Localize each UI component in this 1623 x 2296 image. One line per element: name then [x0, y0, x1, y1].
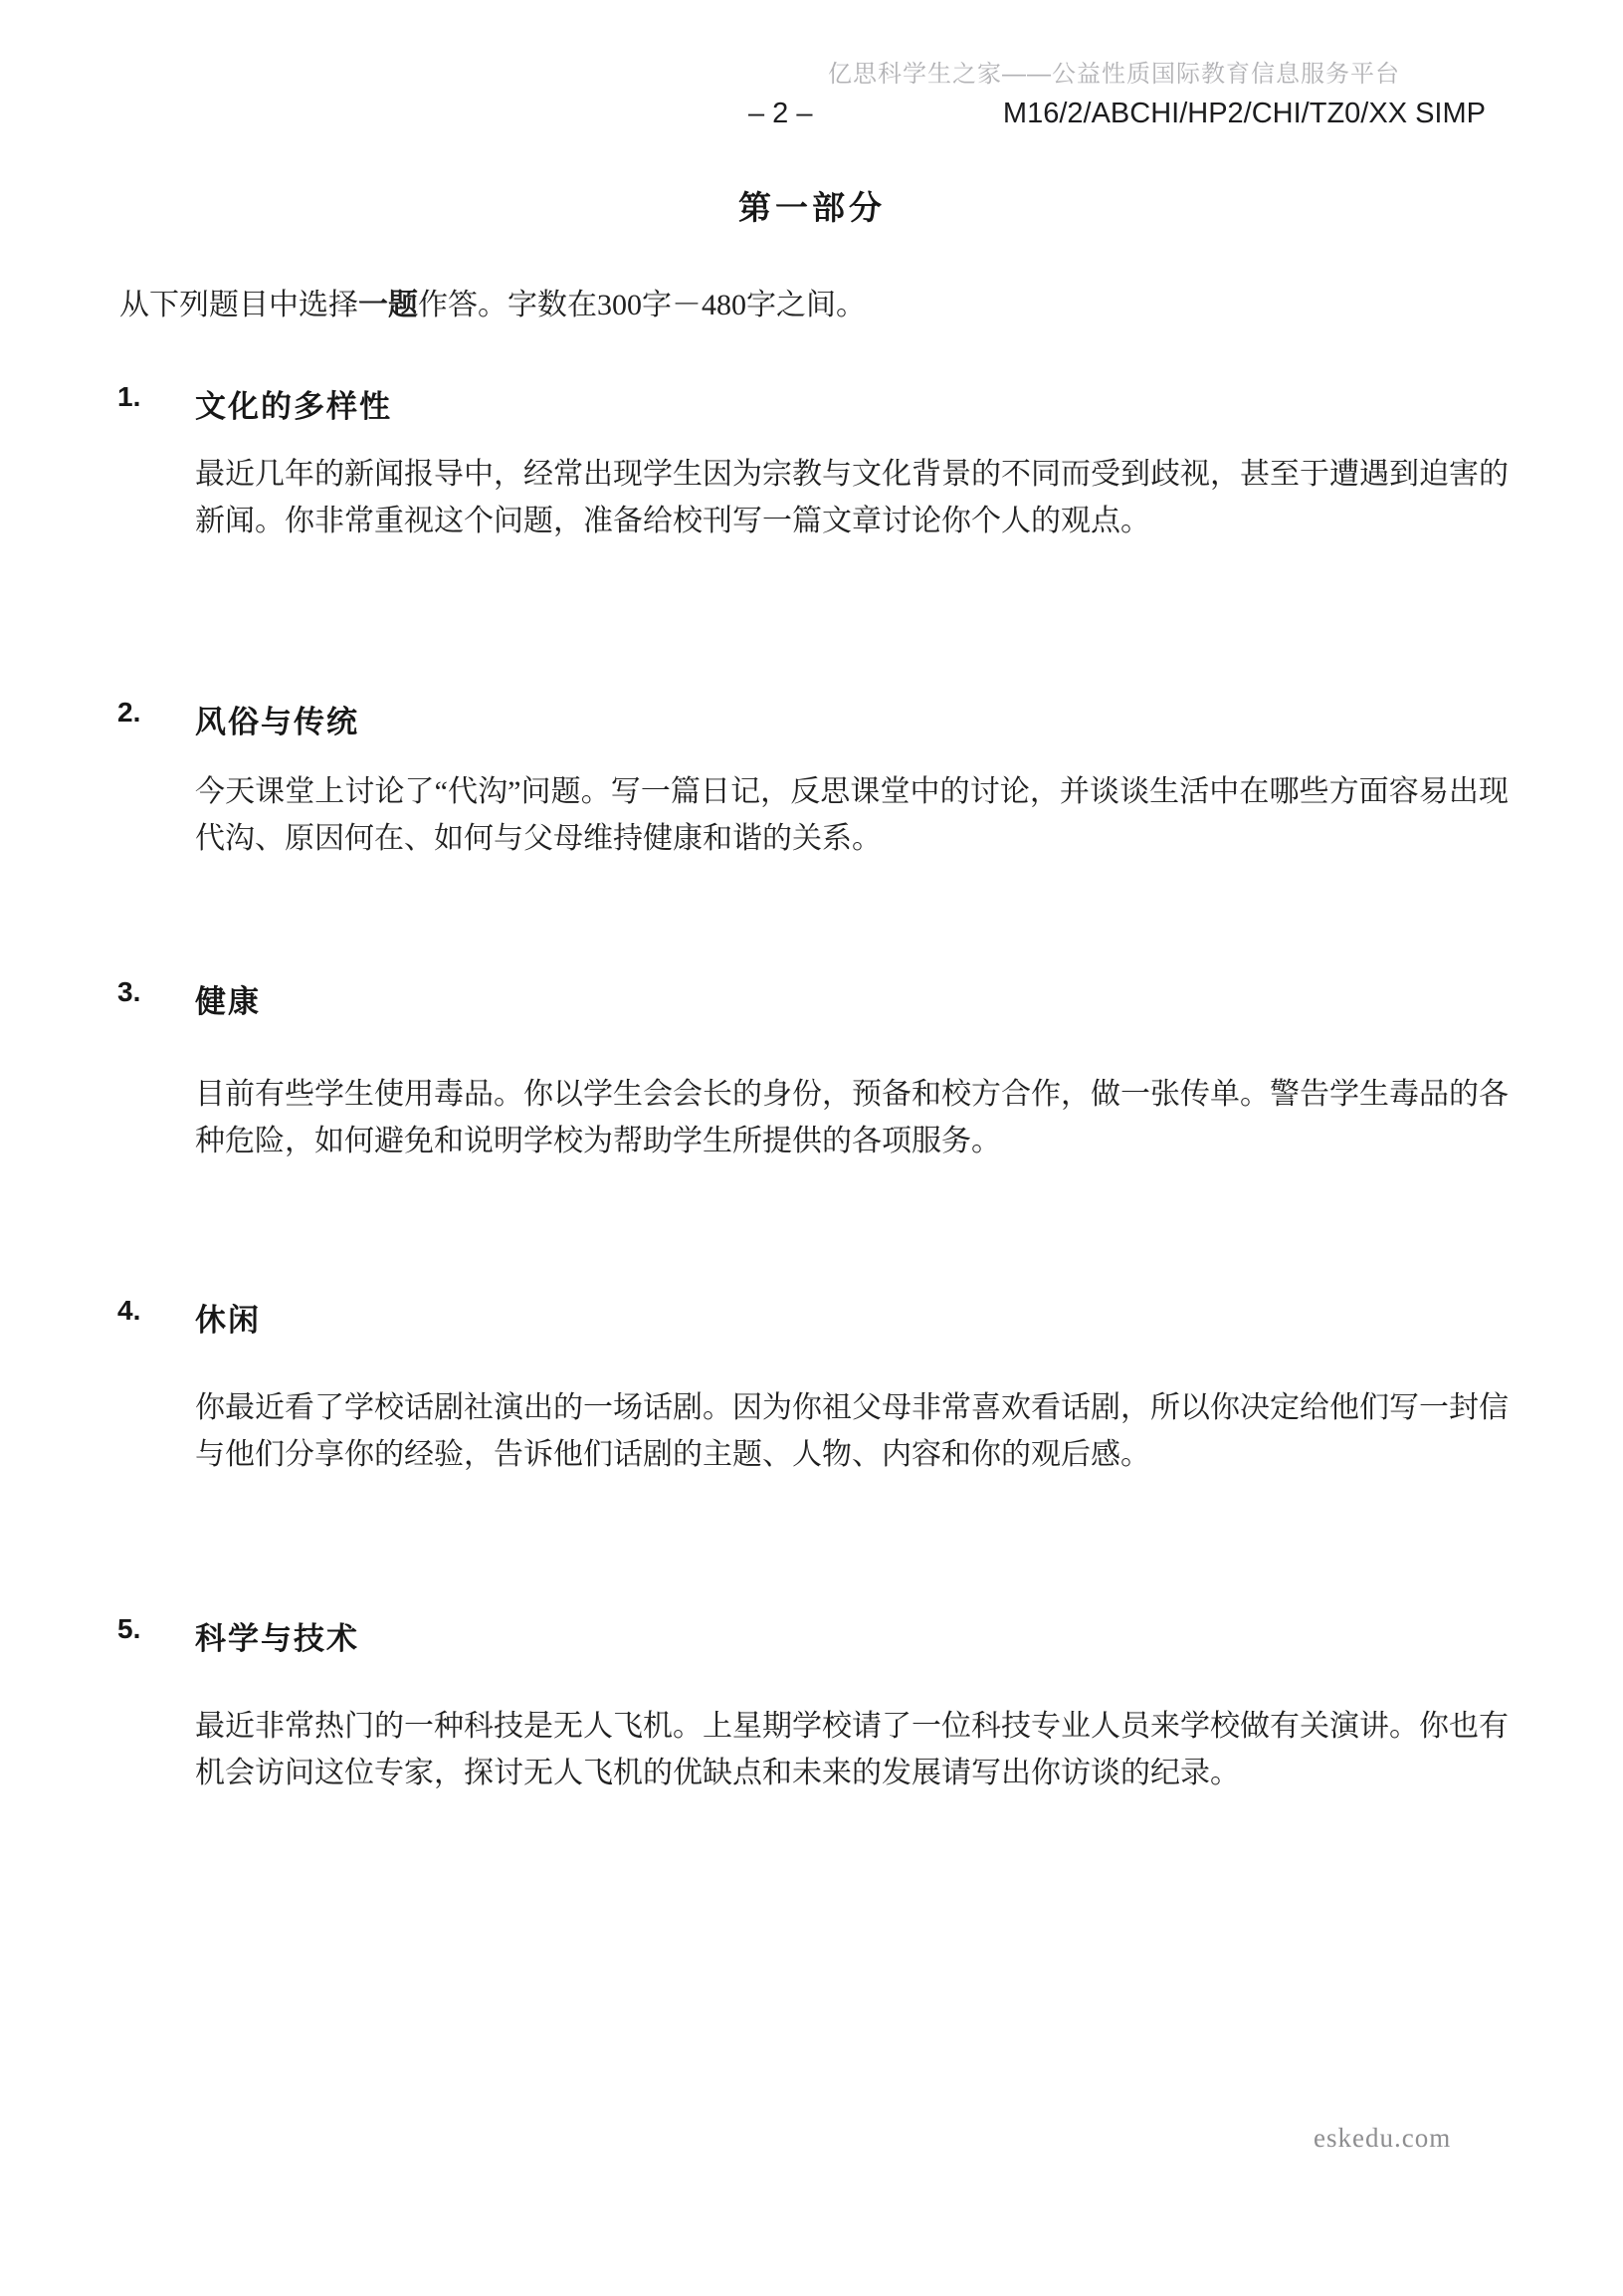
- topic-5-title: 科学与技术: [195, 1613, 359, 1658]
- topic-1-title: 文化的多样性: [195, 381, 392, 426]
- paper-code: M16/2/ABCHI/HP2/CHI/TZ0/XX SIMP: [1003, 98, 1486, 130]
- topic-2-body: 今天课堂上讨论了“代沟”问题。写一篇日记，反思课堂中的讨论，并谈谈生活中在哪些方…: [195, 768, 1509, 862]
- topic-3-body: 目前有些学生使用毒品。你以学生会会长的身份，预备和校方合作，做一张传单。警告学生…: [195, 1071, 1509, 1164]
- instruction-bold: 一题: [358, 289, 418, 321]
- topic-5-body: 最近非常热门的一种科技是无人飞机。上星期学校请了一位科技专业人员来学校做有关演讲…: [195, 1703, 1509, 1796]
- instruction-line: 从下列题目中选择一题作答。字数在300字－480字之间。: [119, 280, 1505, 323]
- topic-2-title: 风俗与传统: [195, 697, 359, 741]
- topic-5-number: 5.: [117, 1613, 140, 1645]
- exam-paper-page: 亿思科学生之家——公益性质国际教育信息服务平台 – 2 – M16/2/ABCH…: [0, 0, 1623, 2296]
- topic-4-body: 你最近看了学校话剧社演出的一场话剧。因为你祖父母非常喜欢看话剧，所以你决定给他们…: [195, 1384, 1509, 1478]
- topic-1-body: 最近几年的新闻报导中，经常出现学生因为宗教与文化背景的不同而受到歧视，甚至于遭遇…: [195, 451, 1509, 544]
- page-number: – 2 –: [748, 98, 813, 130]
- topic-2-number: 2.: [117, 697, 140, 729]
- watermark-text: 亿思科学生之家——公益性质国际教育信息服务平台: [828, 54, 1400, 89]
- section-title: 第一部分: [119, 182, 1505, 229]
- instruction-post: 作答。字数在300字－480字之间。: [418, 289, 866, 321]
- topic-4-number: 4.: [117, 1295, 140, 1327]
- topic-4-title: 休闲: [195, 1295, 261, 1340]
- topic-3-title: 健康: [195, 976, 261, 1021]
- topic-1-number: 1.: [117, 381, 140, 413]
- instruction-pre: 从下列题目中选择: [119, 289, 358, 321]
- topic-3-number: 3.: [117, 976, 140, 1008]
- footer-site-link: eskedu.com: [1314, 2123, 1451, 2154]
